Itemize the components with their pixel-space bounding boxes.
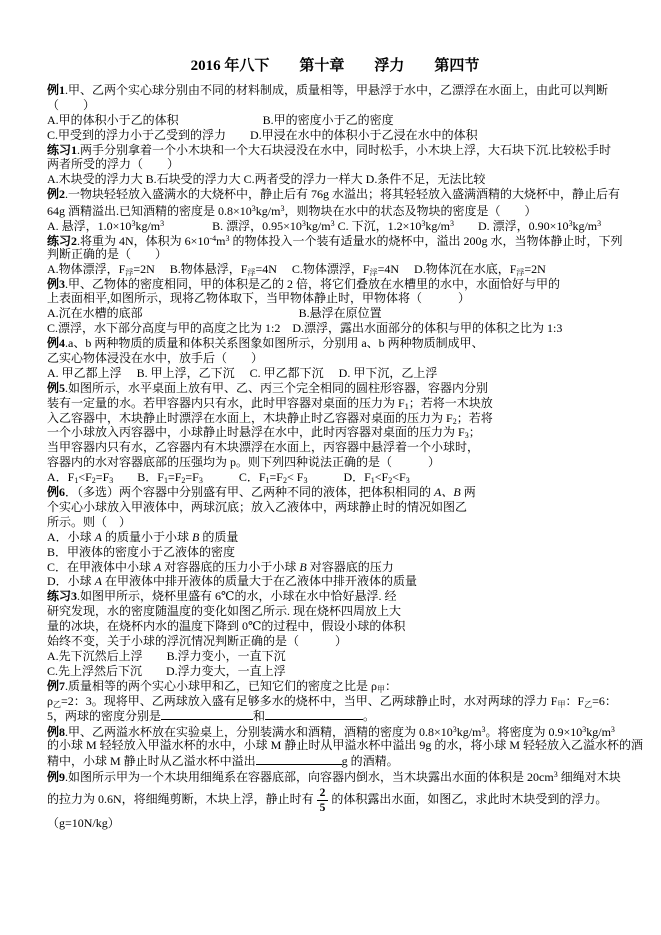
text-segment: .如图所示甲为一个木块用细绳系在容器底部，向容器内倒水，当木块露出水面的体积是 … bbox=[65, 770, 554, 784]
text-line: B．甲液体的密度小于乙液体的密度 bbox=[47, 545, 623, 560]
text-segment: 始终不变，关于小球的浮沉情况判断正确的是（ ） bbox=[47, 634, 347, 648]
text-segment: 3 bbox=[406, 476, 410, 485]
text-segment: A、B bbox=[434, 485, 461, 499]
text-segment: B．甲液体的密度小于乙液体的密度 bbox=[47, 545, 235, 559]
text-segment: A.甲的体积小于乙的体积 B.甲的密度小于乙的密度 bbox=[47, 113, 394, 127]
text-line: 例4.a、b 两种物质的质量和体积关系图象如图所示，分别用 a、b 两种物质制成… bbox=[47, 336, 623, 351]
text-line: 容器内的水对容器底部的压强均为 p。则下列四种说法正确的是（ ） bbox=[47, 455, 623, 470]
text-segment: .甲、乙物体的密度相同，甲的体积是乙的 2 倍，将它们叠放在水槽里的水中，水面恰… bbox=[65, 277, 560, 291]
text-segment: 判断正确的是（ ） bbox=[47, 247, 167, 261]
text-segment: B bbox=[299, 560, 306, 574]
text-segment: ；若将一木块放 bbox=[409, 396, 493, 410]
text-segment: < F bbox=[287, 470, 303, 484]
text-segment: .如图甲所示，烧杯里盛有 6℃的水，小球在水中恰好悬浮. 经 bbox=[77, 589, 396, 603]
text-line: C.漂浮，水下部分高度与甲的高度之比为 1:2 D.漂浮，露出水面部分的体积与甲… bbox=[47, 321, 623, 336]
text-segment: 的物体投入一个装有适量水的烧杯中，溢出 200g 水，当物体静止时，下列 bbox=[229, 234, 622, 248]
text-segment: 上表面相平,如图所示，现将乙物体取下，当甲物体静止时，甲物体将（ ） bbox=[47, 291, 470, 305]
text-line: 个实心小球放入甲液体中，两球沉底；放入乙液体中，两球静止时的情况如图乙 bbox=[47, 500, 623, 515]
text-segment: 5，两球的密度分别是 bbox=[47, 709, 161, 723]
text-segment: 对容器底的压力 bbox=[307, 560, 394, 574]
text-segment: kg/m bbox=[425, 219, 450, 233]
text-line: 精中，小球 M 静止时从乙溢水杯中溢出g 的酒精。 bbox=[47, 753, 623, 768]
text-line: 例9.如图所示甲为一个木块用细绳系在容器底部，向容器内倒水，当木块露出水面的体积… bbox=[47, 768, 623, 783]
text-line: 两者所受的浮力（ ） bbox=[47, 157, 623, 172]
text-line: （ ） bbox=[47, 98, 623, 113]
text-line: A.木块受的浮力大 B.石块受的浮力大 C.两者受的浮力一样大 D.条件不足，无… bbox=[47, 172, 623, 187]
text-segment: 乙 bbox=[53, 700, 61, 709]
problem-label: 例3 bbox=[47, 277, 65, 291]
text-line: 例5.如图所示，水平桌面上放有甲、乙、丙三个完全相同的圆柱形容器，容器内分别 bbox=[47, 381, 623, 396]
text-segment: C. 下沉，1.2×10 bbox=[335, 219, 422, 233]
text-segment: C.甲受到的浮力小于乙受到的浮力 D.甲浸在水中的体积小于乙浸在水中的体积 bbox=[47, 128, 478, 142]
text-segment: 乙实心物体浸没在水中，放手后（ ） bbox=[47, 351, 263, 365]
text-segment: 浮 bbox=[370, 268, 378, 277]
text-line: 研究发现，水的密度随温度的变化如图乙所示. 现在烧杯四周放上大 bbox=[47, 604, 623, 619]
text-segment: 和 bbox=[253, 709, 265, 723]
problem-label: 例4 bbox=[47, 336, 65, 350]
text-segment: D. 漂浮，0.90×10 bbox=[454, 219, 568, 233]
text-line: 一个小球放入丙容器中，小球静止时悬浮在水中，此时丙容器对桌面的压力为 F3； bbox=[47, 425, 623, 440]
text-segment: 。 bbox=[363, 709, 375, 723]
text-line: 例8.甲、乙两溢水杯放在实验桌上，分别装满水和酒精，酒精的密度为 0.8×103… bbox=[47, 723, 623, 738]
text-line: A．F1<F2=F3 B．F1=F2=F3 C．F1=F2< F3 D．F1<F… bbox=[47, 470, 623, 485]
text-line: A.物体漂浮，F浮=2N B.物体悬浮，F浮=4N C.物体漂浮，F浮=4N D… bbox=[47, 262, 623, 277]
text-segment: .甲、乙两个实心球分别由不同的材料制成，质量相等，甲悬浮于水中，乙漂浮在水面上，… bbox=[65, 83, 608, 97]
text-line: A.沉在水槽的底部 B.悬浮在原位置 bbox=[47, 306, 623, 321]
text-line: A. 甲乙都上浮 B. 甲上浮，乙下沉 C. 甲乙都下沉 D. 甲下沉，乙上浮 bbox=[47, 366, 623, 381]
text-line: A．小球 A 的质量小于小球 B 的质量 bbox=[47, 530, 623, 545]
document-body: 例1.甲、乙两个实心球分别由不同的材料制成，质量相等，甲悬浮于水中，乙漂浮在水面… bbox=[47, 83, 623, 831]
text-line: 的拉力为 0.6N，将细绳剪断，木块上浮，静止时有25的体积露出水面，如图乙，求… bbox=[47, 783, 623, 816]
text-segment: A．小球 bbox=[47, 530, 95, 544]
text-segment: 量的冰块，在烧杯内水的温度下降到 0℃的过程中，假设小球的体积 bbox=[47, 619, 405, 633]
text-line: C.先上浮然后下沉 D.浮力变大，一直上浮 bbox=[47, 664, 623, 679]
text-segment: B．F bbox=[113, 470, 164, 484]
text-segment: kg/m bbox=[256, 204, 281, 218]
text-segment: A. 甲乙都上浮 B. 甲上浮，乙下沉 C. 甲乙都下沉 D. 甲下沉，乙上浮 bbox=[47, 366, 437, 380]
text-line: 上表面相平,如图所示，现将乙物体取下，当甲物体静止时，甲物体将（ ） bbox=[47, 291, 623, 306]
problem-label: 例9 bbox=[47, 770, 65, 784]
text-segment: 的质量 bbox=[199, 530, 238, 544]
text-line: （g=10N/kg） bbox=[47, 816, 623, 831]
text-line: 练习3.如图甲所示，烧杯里盛有 6℃的水，小球在水中恰好悬浮. 经 bbox=[47, 589, 623, 604]
text-segment: .如图所示，水平桌面上放有甲、乙、丙三个完全相同的圆柱形容器，容器内分别 bbox=[65, 381, 488, 395]
text-line: 例2.一物块轻轻放入盛满水的大烧杯中，静止后有 76g 水溢出；将其轻轻放入盛满… bbox=[47, 187, 623, 202]
text-segment: ： bbox=[385, 679, 397, 693]
text-line: A. 悬浮，1.0×103kg/m3 B. 漂浮，0.95×103kg/m3 C… bbox=[47, 217, 623, 232]
text-segment: A bbox=[95, 574, 102, 588]
text-segment: .质量相等的两个实心小球甲和乙，已知它们的密度之比是 ρ bbox=[65, 679, 377, 693]
text-segment: 3 bbox=[611, 725, 615, 734]
text-segment: A.物体漂浮，F bbox=[47, 262, 125, 276]
problem-label: 例6 bbox=[47, 485, 65, 499]
text-segment: 两 bbox=[461, 485, 476, 499]
text-line: ρ乙=2：3。现将甲、乙两球放入盛有足够多水的烧杯中，当甲、乙两球静止时，水对两… bbox=[47, 694, 623, 709]
text-segment: kg/m bbox=[572, 219, 597, 233]
text-line: 的小球 M 轻轻放入甲溢水杯的水中，小球 M 静止时从甲溢水杯中溢出 9g 的水… bbox=[47, 738, 623, 753]
text-segment: 精中，小球 M 静止时从乙溢水杯中溢出 bbox=[47, 754, 256, 768]
text-segment: 3 bbox=[597, 219, 601, 228]
text-line: D．小球 A 在甲液体中排开液体的质量大于在乙液体中排开液体的质量 bbox=[47, 574, 623, 589]
text-segment: （ ） bbox=[47, 98, 95, 112]
text-segment: 两者所受的浮力（ ） bbox=[47, 157, 179, 171]
text-segment: =F bbox=[185, 470, 198, 484]
text-segment: 当甲容器内只有水，乙容器内有木块漂浮在水面上，丙容器中悬浮着一个小球时， bbox=[47, 440, 479, 454]
problem-label: 例7 bbox=[47, 679, 65, 693]
text-line: C．在甲液体中小球 A 对容器底的压力小于小球 B 对容器底的压力 bbox=[47, 560, 623, 575]
text-segment: A bbox=[95, 530, 102, 544]
text-line: 所示。则（ ） bbox=[47, 515, 623, 530]
text-segment: kg/m bbox=[135, 219, 160, 233]
text-segment: .将重为 4N，体积为 6×10 bbox=[77, 234, 209, 248]
text-segment: =6： bbox=[592, 694, 617, 708]
text-line: 例6．（多选）两个容器中分别盛有甲、乙两种不同的液体，把体积相同的 A、B 两 bbox=[47, 485, 623, 500]
text-line: 64g 酒精溢出.已知酒精的密度是 0.8×103kg/m3，则物块在水中的状态… bbox=[47, 202, 623, 217]
text-segment: .两手分别拿着一个小木块和一个大石块浸没在水中，同时松手，小木块上浮，大石块下沉… bbox=[77, 143, 611, 157]
text-line: A.先下沉然后上浮 B.浮力变小，一直下沉 bbox=[47, 649, 623, 664]
fraction: 25 bbox=[317, 787, 329, 814]
text-segment: =F bbox=[96, 470, 109, 484]
text-line: C.甲受到的浮力小于乙受到的浮力 D.甲浸在水中的体积小于乙浸在水中的体积 bbox=[47, 128, 623, 143]
text-segment: =2N bbox=[524, 262, 545, 276]
text-segment: <F bbox=[375, 470, 388, 484]
text-segment: 乙 bbox=[584, 700, 592, 709]
text-segment: .一物块轻轻放入盛满水的大烧杯中，静止后有 76g 水溢出；将其轻轻放入盛满酒精… bbox=[65, 187, 620, 201]
text-segment: kg/m bbox=[306, 219, 331, 233]
text-segment: D．小球 bbox=[47, 574, 95, 588]
text-segment: =2N B.物体悬浮，F bbox=[133, 262, 247, 276]
problem-label: 练习1 bbox=[47, 143, 77, 157]
text-segment: =F bbox=[270, 470, 283, 484]
text-line: 当甲容器内只有水，乙容器内有木块漂浮在水面上，丙容器中悬浮着一个小球时， bbox=[47, 440, 623, 455]
page-title: 2016 年八下 第十章 浮力 第四节 bbox=[47, 57, 623, 76]
problem-label: 练习2 bbox=[47, 234, 77, 248]
answer-blank bbox=[161, 708, 253, 720]
text-segment: 个实心小球放入甲液体中，两球沉底；放入乙液体中，两球静止时的情况如图乙 bbox=[47, 500, 467, 514]
text-segment: 细绳对木块 bbox=[558, 770, 621, 784]
text-line: 例3.甲、乙物体的密度相同，甲的体积是乙的 2 倍，将它们叠放在水槽里的水中，水… bbox=[47, 277, 623, 292]
text-segment: 64g 酒精溢出.已知酒精的密度是 0.8×10 bbox=[47, 204, 252, 218]
text-line: 乙实心物体浸没在水中，放手后（ ） bbox=[47, 351, 623, 366]
text-segment: C．在甲液体中小球 bbox=[47, 560, 154, 574]
text-segment: ：F bbox=[565, 694, 584, 708]
text-segment: 容器内的水对容器底部的压强均为 p。则下列四种说法正确的是（ ） bbox=[47, 455, 440, 469]
text-line: 练习1.两手分别拿着一个小木块和一个大石块浸没在水中，同时松手，小木块上浮，大石… bbox=[47, 143, 623, 158]
text-segment: =2：3。现将甲、乙两球放入盛有足够多水的烧杯中，当甲、乙两球静止时，水对两球的… bbox=[61, 694, 557, 708]
page-content: 2016 年八下 第十章 浮力 第四节 例1.甲、乙两个实心球分别由不同的材料制… bbox=[0, 0, 661, 831]
text-segment: <F bbox=[392, 470, 405, 484]
text-segment: C.漂浮，水下部分高度与甲的高度之比为 1:2 D.漂浮，露出水面部分的体积与甲… bbox=[47, 321, 562, 335]
text-line: 判断正确的是（ ） bbox=[47, 247, 623, 262]
text-line: 入乙容器中，木块静止时漂浮在水面上，木块静止时乙容器对桌面的压力为 F2；若将 bbox=[47, 411, 623, 426]
text-segment: C．F bbox=[203, 470, 266, 484]
text-segment: ；若将 bbox=[457, 411, 493, 425]
text-segment: ； bbox=[469, 425, 481, 439]
problem-label: 例2 bbox=[47, 187, 65, 201]
text-segment: =4N D.物体沉在水底，F bbox=[378, 262, 517, 276]
text-segment: ，则物块在水中的状态及物块的密度是（ ） bbox=[284, 204, 536, 218]
text-segment: 的拉力为 0.6N，将细绳剪断，木块上浮，静止时有 bbox=[47, 792, 314, 806]
text-segment: B. 漂浮，0.95×10 bbox=[164, 219, 302, 233]
text-segment: 入乙容器中，木块静止时漂浮在水面上，木块静止时乙容器对桌面的压力为 F bbox=[47, 411, 453, 425]
text-segment: C.先上浮然后下沉 D.浮力变大，一直上浮 bbox=[47, 664, 286, 678]
text-segment: <F bbox=[78, 470, 91, 484]
text-segment: A.沉在水槽的底部 B.悬浮在原位置 bbox=[47, 306, 382, 320]
text-segment: A．F bbox=[47, 470, 74, 484]
text-segment: 甲 bbox=[377, 685, 385, 694]
text-segment: 的质量小于小球 bbox=[102, 530, 192, 544]
text-segment: .a、b 两种物质的质量和体积关系图象如图所示，分别用 a、b 两种物质制成甲、 bbox=[65, 336, 484, 350]
text-line: 例1.甲、乙两个实心球分别由不同的材料制成，质量相等，甲悬浮于水中，乙漂浮在水面… bbox=[47, 83, 623, 98]
text-segment: 装有一定量的水。若甲容器内只有水，此时甲容器对桌面的压力为 F bbox=[47, 396, 405, 410]
text-line: 5，两球的密度分别是和。 bbox=[47, 708, 623, 723]
text-line: A.甲的体积小于乙的体积 B.甲的密度小于乙的密度 bbox=[47, 113, 623, 128]
text-line: 装有一定量的水。若甲容器内只有水，此时甲容器对桌面的压力为 F1；若将一木块放 bbox=[47, 396, 623, 411]
text-segment: （g=10N/kg） bbox=[47, 816, 120, 830]
text-segment: 一个小球放入丙容器中，小球静止时悬浮在水中，此时丙容器对桌面的压力为 F bbox=[47, 425, 465, 439]
text-segment: A.木块受的浮力大 B.石块受的浮力大 C.两者受的浮力一样大 D.条件不足，无… bbox=[47, 172, 485, 186]
worksheet-page: 2016 年八下 第十章 浮力 第四节 例1.甲、乙两个实心球分别由不同的材料制… bbox=[0, 0, 661, 935]
text-segment: 研究发现，水的密度随温度的变化如图乙所示. 现在烧杯四周放上大 bbox=[47, 604, 401, 618]
answer-blank bbox=[265, 708, 363, 720]
text-segment: D．F bbox=[307, 470, 370, 484]
text-line: 量的冰块，在烧杯内水的温度下降到 0℃的过程中，假设小球的体积 bbox=[47, 619, 623, 634]
text-segment: 的小球 M 轻轻放入甲溢水杯的水中，小球 M 静止时从甲溢水杯中溢出 9g 的水… bbox=[47, 738, 643, 752]
text-segment: A.先下沉然后上浮 B.浮力变小，一直下沉 bbox=[47, 649, 286, 663]
text-segment: A. 悬浮，1.0×10 bbox=[47, 219, 131, 233]
text-segment: =F bbox=[168, 470, 181, 484]
text-segment: 的体积露出水面，如图乙，求此时木块受到的浮力。 bbox=[331, 792, 607, 806]
text-line: 例7.质量相等的两个实心小球甲和乙，已知它们的密度之比是 ρ甲： bbox=[47, 679, 623, 694]
text-line: 始终不变，关于小球的浮沉情况判断正确的是（ ） bbox=[47, 634, 623, 649]
text-segment: 在甲液体中排开液体的质量大于在乙液体中排开液体的质量 bbox=[102, 574, 417, 588]
problem-label: 练习3 bbox=[47, 589, 77, 603]
text-segment: 所示。则（ ） bbox=[47, 515, 131, 529]
text-segment: =4N C.物体漂浮，F bbox=[255, 262, 369, 276]
problem-label: 例1 bbox=[47, 83, 65, 97]
text-segment: 对容器底的压力小于小球 bbox=[161, 560, 299, 574]
problem-label: 例5 bbox=[47, 381, 65, 395]
text-segment: g 的酒精。 bbox=[342, 754, 399, 768]
text-line: 练习2.将重为 4N，体积为 6×10-4m3 的物体投入一个装有适量水的烧杯中… bbox=[47, 232, 623, 247]
text-segment: ．（多选）两个容器中分别盛有甲、乙两种不同的液体，把体积相同的 bbox=[65, 485, 434, 499]
answer-blank bbox=[256, 753, 342, 765]
